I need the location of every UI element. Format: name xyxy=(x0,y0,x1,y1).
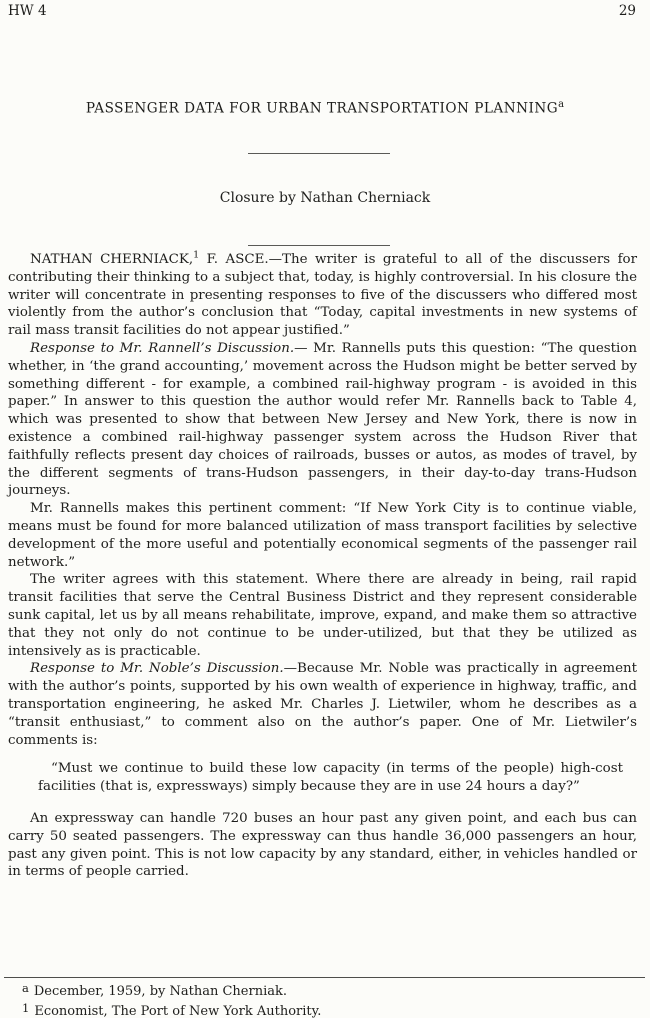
footnote-a-text: December, 1959, by Nathan Cherniak. xyxy=(34,984,287,999)
byline: Closure by Nathan Cherniack xyxy=(0,190,650,206)
paragraph-expressway: An expressway can handle 720 buses an ho… xyxy=(8,810,637,881)
footnote-1: 1Economist, The Port of New York Authori… xyxy=(22,1002,640,1018)
footnote-1-marker: 1 xyxy=(22,1001,29,1015)
response-rannell-heading: Response to Mr. Rannell’s Discussion. xyxy=(30,341,294,356)
paragraph-response-noble: Response to Mr. Noble’s Discussion.—Beca… xyxy=(8,660,637,749)
article-title-text: PASSENGER DATA FOR URBAN TRANSPORTATION … xyxy=(86,101,558,117)
article-body: NATHAN CHERNIACK,1 F. ASCE.—The writer i… xyxy=(8,251,637,881)
paragraph-writer-agrees: The writer agrees with this statement. W… xyxy=(8,571,637,660)
response-noble-heading: Response to Mr. Noble’s Discussion. xyxy=(30,661,284,676)
document-page: HW 4 29 PASSENGER DATA FOR URBAN TRANSPO… xyxy=(0,0,650,1018)
footnote-a: aDecember, 1959, by Nathan Cherniak. xyxy=(22,982,640,1002)
footnotes: aDecember, 1959, by Nathan Cherniak. 1Ec… xyxy=(22,982,640,1018)
intro-lead: NATHAN CHERNIACK, xyxy=(30,252,193,267)
paragraph-response-rannell: Response to Mr. Rannell’s Discussion.— M… xyxy=(8,340,637,500)
page-header: HW 4 29 xyxy=(8,3,636,19)
paragraph-rannell-comment: Mr. Rannells makes this pertinent commen… xyxy=(8,500,637,571)
header-left-label: HW 4 xyxy=(8,3,47,19)
divider-top xyxy=(248,153,390,154)
divider-bottom xyxy=(248,245,390,246)
article-title: PASSENGER DATA FOR URBAN TRANSPORTATION … xyxy=(0,99,650,117)
page-number: 29 xyxy=(619,3,636,19)
footnote-1-text: Economist, The Port of New York Authorit… xyxy=(34,1004,321,1018)
paragraph-intro: NATHAN CHERNIACK,1 F. ASCE.—The writer i… xyxy=(8,251,637,340)
footnote-a-marker: a xyxy=(22,981,29,995)
response-rannell-text: — Mr. Rannells puts this question: “The … xyxy=(8,341,637,498)
title-superscript: a xyxy=(558,99,564,110)
footnote-divider xyxy=(4,977,645,978)
blockquote-lietwiler: “Must we continue to build these low cap… xyxy=(38,760,623,796)
